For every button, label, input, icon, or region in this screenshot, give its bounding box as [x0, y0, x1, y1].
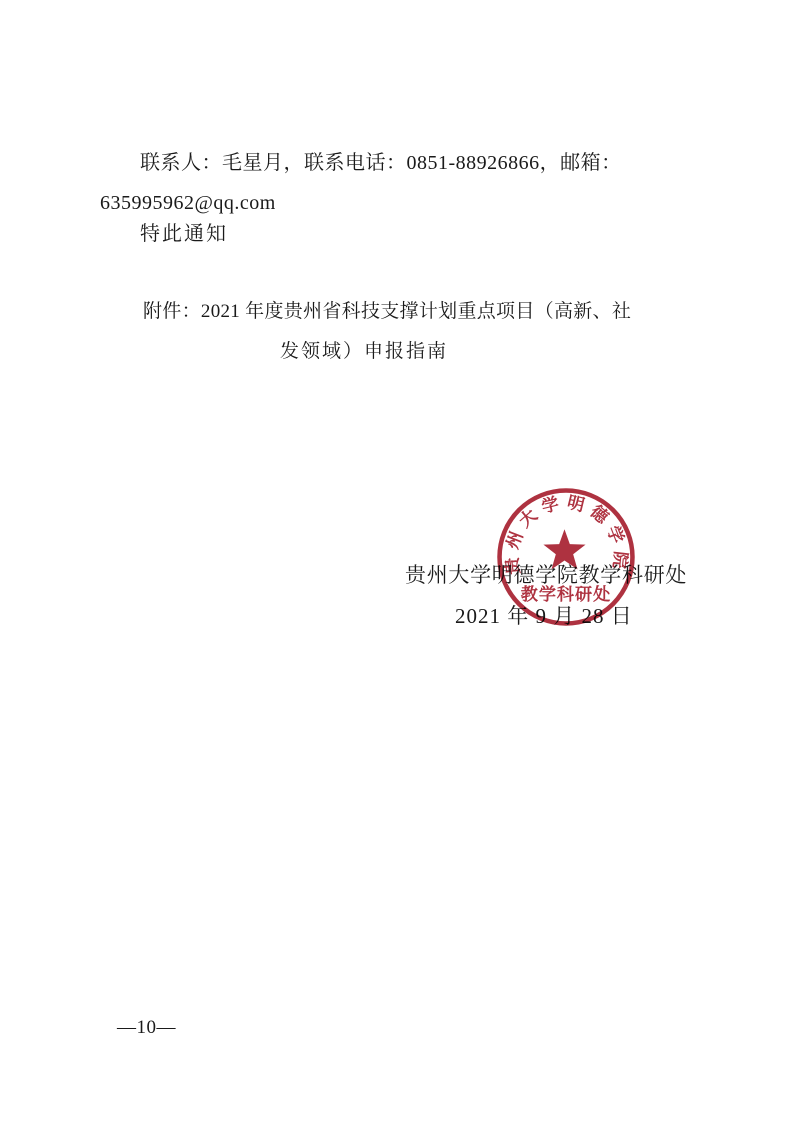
- contact-line: 联系人：毛星月，联系电话：0851-88926866，邮箱：: [140, 152, 622, 175]
- official-seal-stamp: 贵州大学明德学院 教学科研处: [496, 487, 636, 627]
- email-line: 635995962@qq.com: [100, 192, 276, 215]
- attachment-line-2: 发领域）申报指南: [280, 341, 448, 363]
- seal-arc-text-path: 贵州大学明德学院: [502, 492, 631, 576]
- star-icon: [543, 529, 585, 569]
- attachment-line-1: 附件：2021 年度贵州省科技支撑计划重点项目（高新、社: [143, 301, 631, 323]
- page-number: —10—: [117, 1017, 176, 1039]
- seal-bottom-text: 教学科研处: [521, 584, 612, 604]
- seal-arc-text: 贵州大学明德学院: [502, 492, 631, 576]
- document-page: 联系人：毛星月，联系电话：0851-88926866，邮箱： 635995962…: [0, 0, 793, 1122]
- notice-line: 特此通知: [140, 223, 228, 246]
